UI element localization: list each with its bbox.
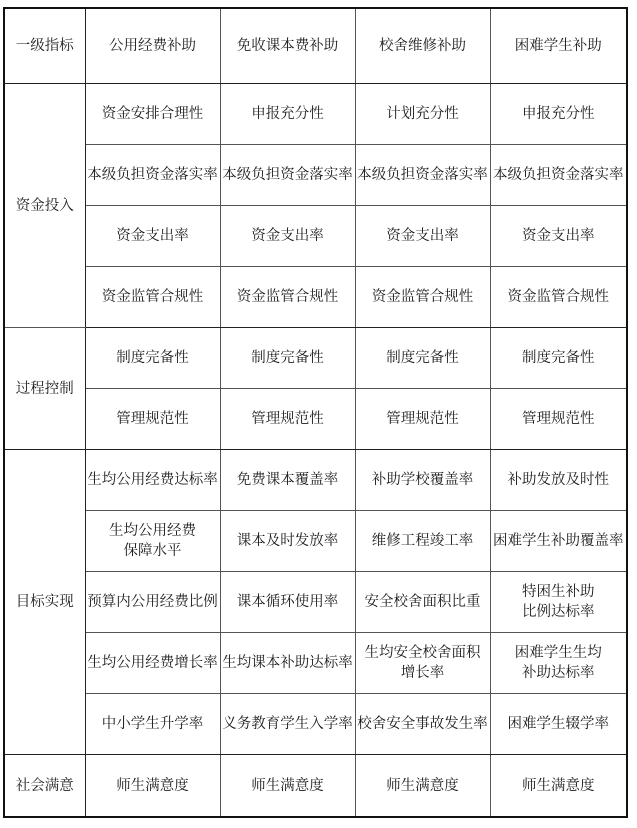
table-cell: 资金监管合规性 <box>490 267 627 328</box>
table-cell: 困难学生补助覆盖率 <box>490 511 627 572</box>
header-col-textbook-fee: 免收课本费补助 <box>220 8 355 84</box>
table-cell: 管理规范性 <box>220 389 355 450</box>
table-cell: 课本循环使用率 <box>220 572 355 633</box>
table-cell: 制度完备性 <box>355 328 490 389</box>
table-cell: 本级负担资金落实率 <box>85 145 220 206</box>
section-label-fund-input: 资金投入 <box>4 84 85 328</box>
table-cell: 申报充分性 <box>220 84 355 145</box>
section-label-social-satisfaction: 社会满意 <box>4 755 85 818</box>
table-cell: 预算内公用经费比例 <box>85 572 220 633</box>
table-cell: 本级负担资金落实率 <box>355 145 490 206</box>
table-row: 资金支出率 资金支出率 资金支出率 资金支出率 <box>4 206 627 267</box>
table-cell: 困难学生辍学率 <box>490 694 627 755</box>
table-row: 社会满意 师生满意度 师生满意度 师生满意度 师生满意度 <box>4 755 627 818</box>
table-cell: 资金支出率 <box>355 206 490 267</box>
header-row: 一级指标 公用经费补助 免收课本费补助 校舍维修补助 困难学生补助 <box>4 8 627 84</box>
header-first-level-indicator: 一级指标 <box>4 8 85 84</box>
table-cell: 管理规范性 <box>355 389 490 450</box>
table-cell: 师生满意度 <box>490 755 627 818</box>
table-cell: 免费课本覆盖率 <box>220 450 355 511</box>
table-row: 目标实现 生均公用经费达标率 免费课本覆盖率 补助学校覆盖率 补助发放及时性 <box>4 450 627 511</box>
table-cell: 义务教育学生入学率 <box>220 694 355 755</box>
table-cell: 资金监管合规性 <box>220 267 355 328</box>
table-cell: 生均公用经费 保障水平 <box>85 511 220 572</box>
table-cell: 生均课本补助达标率 <box>220 633 355 694</box>
table-row: 预算内公用经费比例 课本循环使用率 安全校舍面积比重 特困生补助 比例达标率 <box>4 572 627 633</box>
table-cell: 困难学生生均 补助达标率 <box>490 633 627 694</box>
table-cell: 资金安排合理性 <box>85 84 220 145</box>
table-cell: 本级负担资金落实率 <box>220 145 355 206</box>
table-cell: 制度完备性 <box>220 328 355 389</box>
table-cell: 补助学校覆盖率 <box>355 450 490 511</box>
header-col-public-funding: 公用经费补助 <box>85 8 220 84</box>
section-label-process-control: 过程控制 <box>4 328 85 450</box>
table-row: 资金投入 资金安排合理性 申报充分性 计划充分性 申报充分性 <box>4 84 627 145</box>
header-col-needy-student: 困难学生补助 <box>490 8 627 84</box>
table-cell: 资金监管合规性 <box>355 267 490 328</box>
table-cell: 维修工程竣工率 <box>355 511 490 572</box>
table-cell: 师生满意度 <box>85 755 220 818</box>
section-label-goal-achievement: 目标实现 <box>4 450 85 755</box>
table-cell: 生均安全校舍面积增长率 <box>355 633 490 694</box>
table-cell: 生均公用经费增长率 <box>85 633 220 694</box>
table-row: 管理规范性 管理规范性 管理规范性 管理规范性 <box>4 389 627 450</box>
table-cell: 资金支出率 <box>85 206 220 267</box>
table-cell: 师生满意度 <box>355 755 490 818</box>
table-cell: 管理规范性 <box>85 389 220 450</box>
table-row: 生均公用经费增长率 生均课本补助达标率 生均安全校舍面积增长率 困难学生生均 补… <box>4 633 627 694</box>
table-cell: 安全校舍面积比重 <box>355 572 490 633</box>
table-cell: 课本及时发放率 <box>220 511 355 572</box>
table-row: 本级负担资金落实率 本级负担资金落实率 本级负担资金落实率 本级负担资金落实率 <box>4 145 627 206</box>
table-row: 中小学生升学率 义务教育学生入学率 校舍安全事故发生率 困难学生辍学率 <box>4 694 627 755</box>
table-cell: 资金支出率 <box>490 206 627 267</box>
table-row: 资金监管合规性 资金监管合规性 资金监管合规性 资金监管合规性 <box>4 267 627 328</box>
table-cell: 计划充分性 <box>355 84 490 145</box>
table-cell: 资金支出率 <box>220 206 355 267</box>
table-cell: 补助发放及时性 <box>490 450 627 511</box>
table-cell: 本级负担资金落实率 <box>490 145 627 206</box>
table-row: 过程控制 制度完备性 制度完备性 制度完备性 制度完备性 <box>4 328 627 389</box>
table-cell: 特困生补助 比例达标率 <box>490 572 627 633</box>
table-row: 生均公用经费 保障水平 课本及时发放率 维修工程竣工率 困难学生补助覆盖率 <box>4 511 627 572</box>
table-cell: 制度完备性 <box>490 328 627 389</box>
table-cell: 师生满意度 <box>220 755 355 818</box>
header-col-school-repair: 校舍维修补助 <box>355 8 490 84</box>
table-cell: 中小学生升学率 <box>85 694 220 755</box>
table-cell: 申报充分性 <box>490 84 627 145</box>
indicator-table: 一级指标 公用经费补助 免收课本费补助 校舍维修补助 困难学生补助 资金投入 资… <box>3 7 628 818</box>
table-cell: 管理规范性 <box>490 389 627 450</box>
table-cell: 制度完备性 <box>85 328 220 389</box>
table-cell: 生均公用经费达标率 <box>85 450 220 511</box>
table-cell: 校舍安全事故发生率 <box>355 694 490 755</box>
table-cell: 资金监管合规性 <box>85 267 220 328</box>
